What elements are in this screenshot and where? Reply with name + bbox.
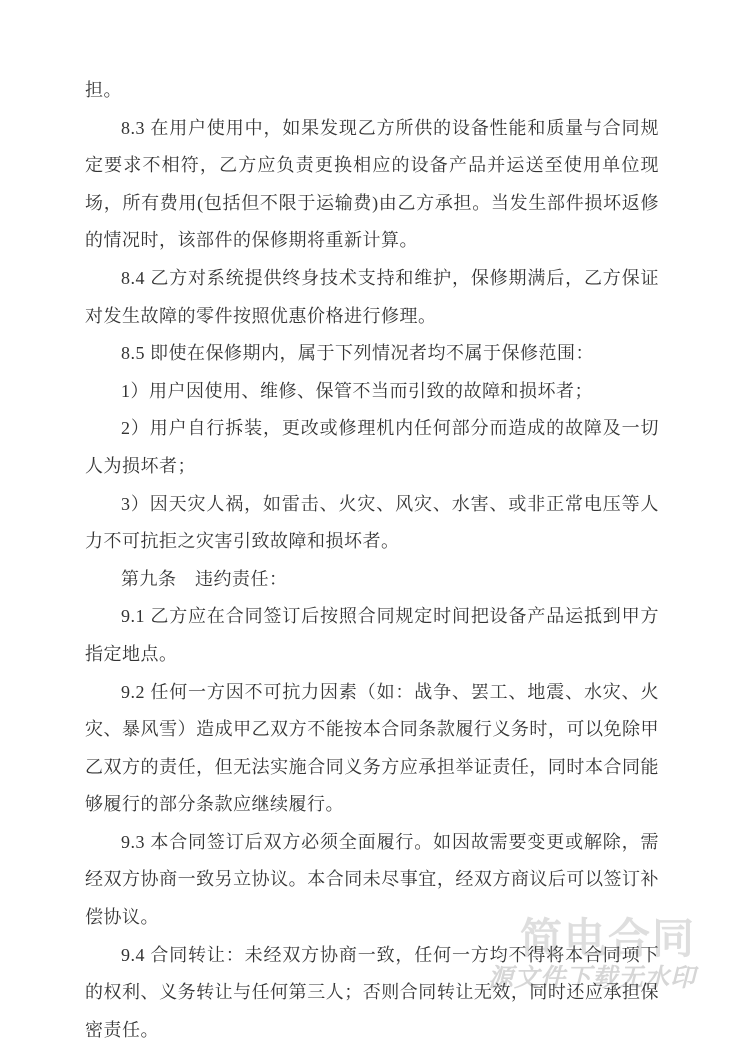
contract-body: 担。 8.3 在用户使用中，如果发现乙方所供的设备性能和质量与合同规定要求不相符…	[85, 72, 659, 1049]
paragraph-clause-8-4: 8.4 乙方对系统提供终身技术支持和维护，保修期满后，乙方保证对发生故障的零件按…	[85, 260, 659, 335]
article-9-heading: 第九条 违约责任：	[85, 561, 659, 599]
paragraph-clause-8-5: 8.5 即使在保修期内，属于下列情况者均不属于保修范围：	[85, 335, 659, 373]
contract-page: 简电合同 源文件下载无水印 担。 8.3 在用户使用中，如果发现乙方所供的设备性…	[0, 0, 742, 1049]
paragraph-list-item-1: 1）用户因使用、维修、保管不当而引致的故障和损坏者；	[85, 373, 659, 411]
paragraph-clause-9-1: 9.1 乙方应在合同签订后按照合同规定时间把设备产品运抵到甲方指定地点。	[85, 598, 659, 673]
paragraph-clause-8-3: 8.3 在用户使用中，如果发现乙方所供的设备性能和质量与合同规定要求不相符，乙方…	[85, 110, 659, 260]
paragraph-list-item-2: 2）用户自行拆装，更改或修理机内任何部分而造成的故障及一切人为损坏者；	[85, 410, 659, 485]
paragraph-list-item-3: 3）因天灾人祸，如雷击、火灾、风灾、水害、或非正常电压等人力不可抗拒之灾害引致故…	[85, 486, 659, 561]
paragraph-clause-9-4: 9.4 合同转让：未经双方协商一致，任何一方均不得将本合同项下的权利、义务转让与…	[85, 937, 659, 1049]
paragraph-clause-9-3: 9.3 本合同签订后双方必须全面履行。如因故需要变更或解除，需经双方协商一致另立…	[85, 824, 659, 937]
paragraph-continuation: 担。	[85, 72, 659, 110]
paragraph-clause-9-2: 9.2 任何一方因不可抗力因素（如：战争、罢工、地震、水灾、火灾、暴风雪）造成甲…	[85, 674, 659, 824]
